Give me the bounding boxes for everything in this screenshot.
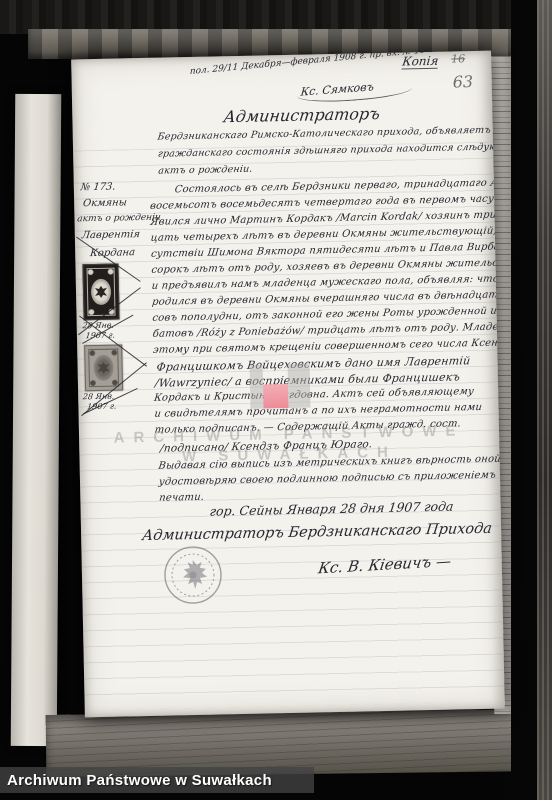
stamp-corner-medallion — [111, 350, 117, 356]
archive-label-band: Archiwum Państwowe w Suwałkach — [0, 767, 314, 793]
archive-label: Archiwum Państwowe w Suwałkach — [0, 772, 272, 789]
small-folio-number: 16 — [451, 52, 465, 65]
document-page: пол. 29/11 Декабря—февраля 1908 г. пр. в… — [71, 51, 505, 718]
revenue-stamp-dark — [82, 264, 119, 321]
margin-note-number: № 173. — [80, 182, 116, 194]
annotation-flourish — [296, 79, 412, 104]
scan-right-edge — [537, 0, 552, 800]
imperial-eagle-icon — [96, 361, 110, 375]
act-line: печати. — [158, 492, 204, 504]
margin-note-act-type: актъ о рожденіи — [77, 213, 162, 225]
scan-viewport: пол. 29/11 Декабря—февраля 1908 г. пр. в… — [0, 0, 552, 800]
logo-watermark-right-block — [288, 364, 311, 408]
copy-label: Копія — [401, 54, 439, 70]
intro-line: Бердзниканскаго Римско-Католическаго при… — [157, 123, 505, 143]
facing-page-edge — [11, 94, 62, 746]
logo-watermark-pink-block — [263, 384, 288, 409]
stamp-corner-medallion — [90, 380, 96, 386]
stamp-corner-medallion — [88, 269, 94, 275]
intro-line: актъ о рожденіи. — [158, 164, 254, 177]
margin-note-surname: Кордана — [89, 247, 135, 259]
logo-watermark-left-block — [250, 365, 264, 409]
imperial-eagle-icon — [94, 285, 108, 299]
margin-note-first-name: Лаврентія — [81, 229, 141, 241]
stamp-corner-medallion — [89, 350, 95, 356]
page-number: 63 — [453, 72, 474, 91]
parish-seal-graphic — [161, 543, 224, 606]
stamp-corner-medallion — [88, 309, 94, 315]
parish-seal — [161, 543, 224, 610]
document-heading: Администраторъ — [223, 104, 375, 126]
stamp-corner-medallion — [108, 269, 114, 275]
margin-note-village: Окмяны — [82, 197, 127, 209]
